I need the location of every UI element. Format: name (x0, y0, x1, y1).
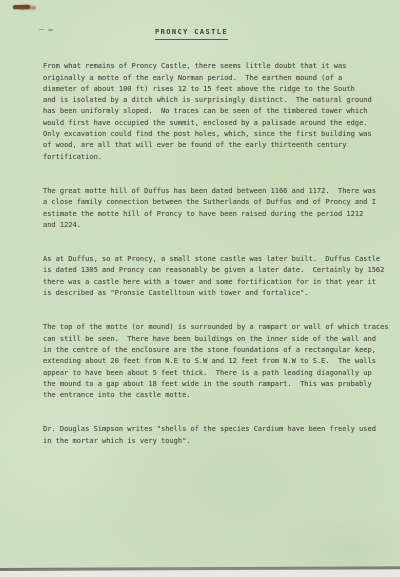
ink-smudge (13, 5, 30, 9)
document-body: PRONCY CASTLE From what remains of Pronc… (43, 0, 395, 447)
paragraph: Dr. Douglas Simpson writes "shells of th… (43, 424, 395, 447)
paragraph: From what remains of Proncy Castle, ther… (43, 61, 395, 163)
document-title: PRONCY CASTLE (155, 27, 228, 40)
paragraph: The great motte hill of Duffus has been … (43, 186, 395, 231)
paper-sheet: PRONCY CASTLE From what remains of Pronc… (0, 0, 400, 569)
scanned-page: PRONCY CASTLE From what remains of Pronc… (0, 0, 400, 577)
paragraph: As at Duffus, so at Proncy, a small ston… (43, 254, 395, 299)
scanner-shadow-edge (0, 566, 400, 571)
paragraph: The top of the motte (or mound) is surro… (43, 322, 395, 401)
